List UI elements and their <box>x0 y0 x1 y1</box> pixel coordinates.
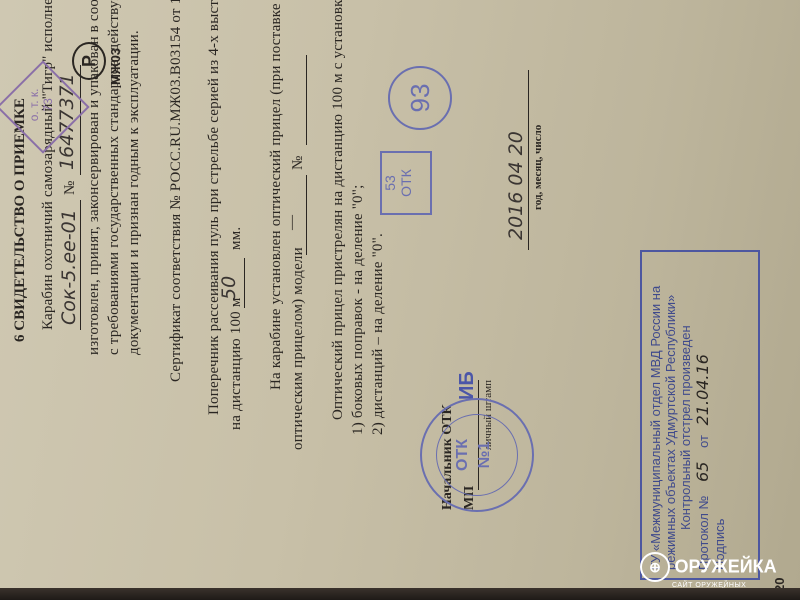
optics-number-label: № <box>290 155 307 170</box>
optics-line2: оптическим прицелом) модели <box>290 247 307 450</box>
zeroing-line1: Оптический прицел пристрелян на дистанци… <box>330 0 347 420</box>
rotated-document-page: 6 СВИДЕТЕЛЬСТВО О ПРИЕМКЕ Карабин охотни… <box>0 0 800 600</box>
variant-underline <box>80 200 81 330</box>
date-underline <box>528 70 529 250</box>
police-signature-label: Подпись <box>712 260 727 570</box>
carbine-line4: документации и признан годным к эксплуат… <box>126 30 143 355</box>
round-otk-seal: ОТК №1 <box>420 398 534 512</box>
otk-73-line2: 73 <box>41 74 55 136</box>
watermark-brand: ОРУЖЕЙКА <box>674 557 776 577</box>
police-control-stamp: ГУ «Межмуниципальный отдел МВД России на… <box>640 250 760 580</box>
desk-edge <box>0 588 800 600</box>
ib-stamp: ИБ <box>456 371 479 400</box>
dispersion-line1: Поперечник рассеивания пуль при стрельбе… <box>206 0 223 415</box>
optics-number-underline <box>306 55 307 145</box>
date-handwritten: 2016 04 20 <box>505 131 527 240</box>
otk-53-label: ОТК <box>398 153 414 213</box>
circle-93-stamp: 93 <box>388 66 452 130</box>
otk-53-number: 53 <box>382 153 398 213</box>
date-caption: год, месяц, число <box>532 125 544 210</box>
seal-center-number: №1 <box>476 400 494 510</box>
zeroing-item2: 2) дистанций – на деление "0". <box>370 233 387 435</box>
otk-53-stamp: 53 ОТК <box>380 151 432 215</box>
optics-model-underline <box>306 175 307 255</box>
police-stamp-line2: режимных объектах Удмуртской Республики» <box>663 260 678 570</box>
serial-underline <box>80 65 81 175</box>
dispersion-line2: на дистанцию 100 м <box>228 297 245 430</box>
police-stamp-line1: ГУ «Межмуниципальный отдел МВД России на <box>648 260 663 570</box>
zeroing-item1: 1) боковых поправок - на деление "0"; <box>350 185 367 435</box>
protocol-date: 21.04.16 <box>693 354 712 425</box>
dispersion-unit: мм. <box>228 227 245 250</box>
serial-label: № <box>62 180 79 195</box>
pct-certification-icon: Р <box>72 42 106 80</box>
protocol-number: 65 <box>693 462 712 482</box>
police-stamp-line3: Контрольный отстрел произведен <box>678 260 693 570</box>
protocol-date-label: от <box>696 435 711 448</box>
seal-center-otk: ОТК <box>454 400 472 510</box>
optics-model-value: — <box>284 215 301 230</box>
optics-line1: На карабине установлен оптический прицел… <box>268 0 285 390</box>
crosshair-logo-icon: ⊕ <box>640 552 670 582</box>
certificate-line: Сертификат соответствия № РОСС.RU.МЖ03.В… <box>168 0 185 382</box>
carbine-line1: Карабин охотничий самозарядный "Тигр" ис… <box>40 0 57 330</box>
dispersion-underline <box>244 258 245 308</box>
variant-handwritten: Сок-5.ее-01 <box>58 209 80 325</box>
certification-mark-code: МЖ03 <box>108 48 123 85</box>
dispersion-value: 50 <box>218 276 240 300</box>
otk-73-line1: о. т. к. <box>27 74 41 136</box>
